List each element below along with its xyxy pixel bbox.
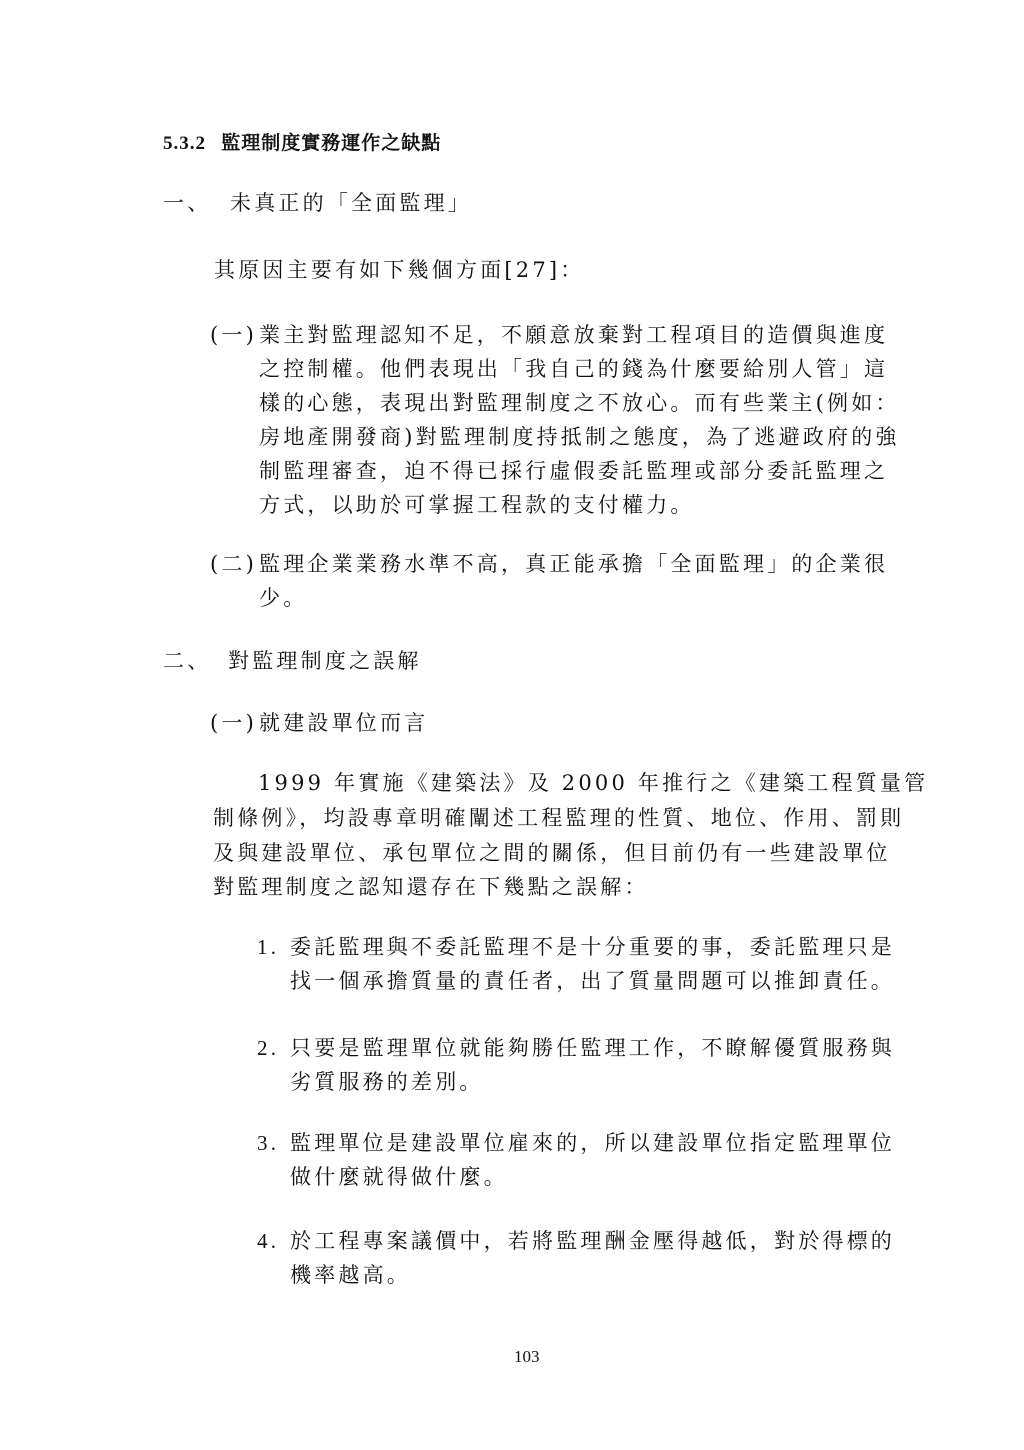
list-marker: 4. [257,1224,279,1258]
part2-marker: 二、 [163,644,211,678]
item-line: 業主對監理認知不足，不願意放棄對工程項目的造價與進度 [259,318,888,352]
section-heading: 5.3.2 監理制度實務運作之缺點 [163,128,441,155]
item-line: 樣的心態，表現出對監理制度之不放心。而有些業主(例如： [259,386,900,420]
list-line: 只要是監理單位就能夠勝任監理工作，不瞭解優質服務與 [290,1031,895,1065]
list-marker: 3. [257,1126,279,1160]
list-line: 做什麼就得做什麼。 [290,1160,508,1194]
paragraph-line: 1999 年實施《建築法》及 2000 年推行之《建築工程質量管 [258,766,928,800]
section-title: 監理制度實務運作之缺點 [221,132,441,154]
item-line: 制監理審查，迫不得已採行虛假委託監理或部分委託監理之 [259,454,888,488]
item-line: 之控制權。他們表現出「我自己的錢為什麼要給別人管」這 [259,352,888,386]
part1-marker: 一、 [163,191,211,215]
paragraph-line: 對監理制度之認知還存在下幾點之誤解： [213,870,649,904]
list-line: 於工程專案議價中，若將監理酬金壓得越低，對於得標的 [290,1224,895,1258]
part2-sub-title: 就建設單位而言 [259,706,428,740]
list-line: 找一個承擔質量的責任者，出了質量問題可以推卸責任。 [290,964,895,998]
list-line: 委託監理與不委託監理不是十分重要的事，委託監理只是 [290,930,895,964]
part1-heading: 一、 [163,186,211,220]
part1-title: 未真正的「全面監理」 [230,186,472,220]
item-line: 方式，以助於可掌握工程款的支付權力。 [259,488,695,522]
item-line: 房地產開發商)對監理制度持抵制之態度，為了逃避政府的強 [259,420,900,454]
part2-title: 對監理制度之誤解 [228,644,422,678]
list-line: 劣質服務的差別。 [290,1065,484,1099]
page-number: 103 [514,1347,540,1367]
list-line: 機率越高。 [290,1258,411,1292]
item-line: 監理企業業務水準不高，真正能承擔「全面監理」的企業很 [259,547,888,581]
paragraph-line: 制條例》，均設專章明確闡述工程監理的性質、地位、作用、罰則 [213,801,904,835]
item-marker: (一) [210,318,257,352]
section-number: 5.3.2 [163,133,206,154]
list-marker: 2. [257,1031,279,1065]
part1-intro: 其原因主要有如下幾個方面[27]： [214,253,585,287]
list-marker: 1. [257,930,279,964]
item-line: 少。 [259,581,307,615]
item-marker: (二) [210,547,257,581]
list-line: 監理單位是建設單位雇來的，所以建設單位指定監理單位 [290,1126,895,1160]
paragraph-line: 及與建設單位、承包單位之間的關係，但目前仍有一些建設單位 [213,836,891,870]
part2-sub-marker: (一) [210,706,257,740]
